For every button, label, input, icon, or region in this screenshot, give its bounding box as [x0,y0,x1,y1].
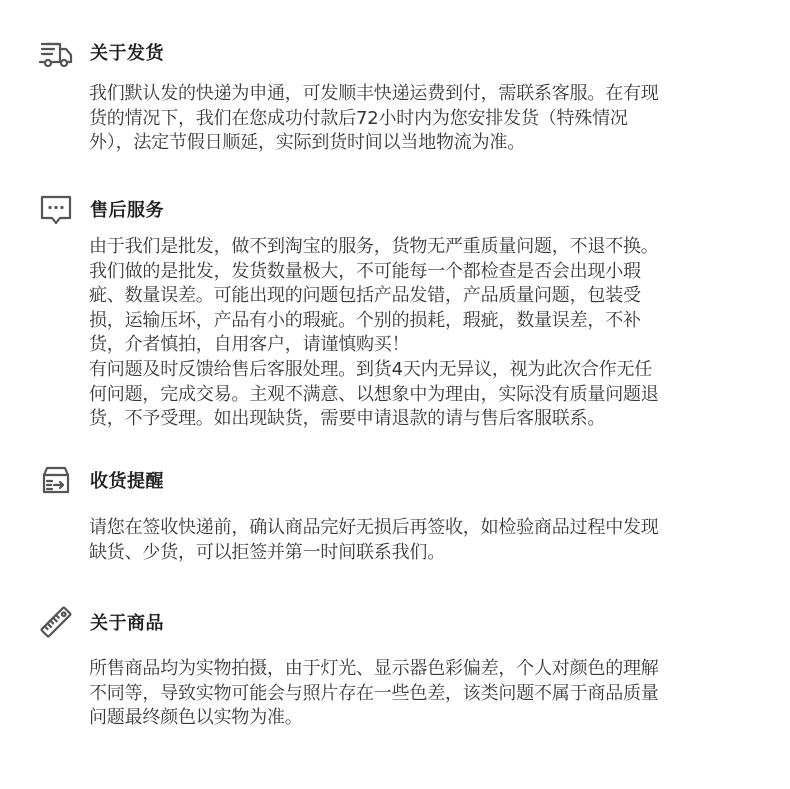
section-title-shipping: 关于发货 [90,42,164,66]
section-body-shipping: 我们默认发的快递为申通，可发顺丰快递运费到付，需联系客服。在有现 货的情况下，我… [89,82,739,156]
section-title-after-sales: 售后服务 [90,199,164,223]
section-body-after-sales: 由于我们是批发，做不到淘宝的服务，货物无严重质量问题，不退不换。 我们做的是批发… [89,235,739,432]
section-body-products: 所售商品均为实物拍摄，由于灯光、显示器色彩偏差，个人对颜色的理解 不同等，导致实… [89,657,739,731]
section-body-receiving: 请您在签收快递前，确认商品完好无损后再签收，如检验商品过程中发现 缺货、少货，可… [89,516,739,565]
delivery-truck-icon [38,38,74,70]
package-receive-icon [38,464,74,496]
section-title-products: 关于商品 [90,612,164,636]
chat-bubble-icon [38,194,74,226]
section-title-receiving: 收货提醒 [90,470,164,494]
ruler-icon [38,606,74,638]
